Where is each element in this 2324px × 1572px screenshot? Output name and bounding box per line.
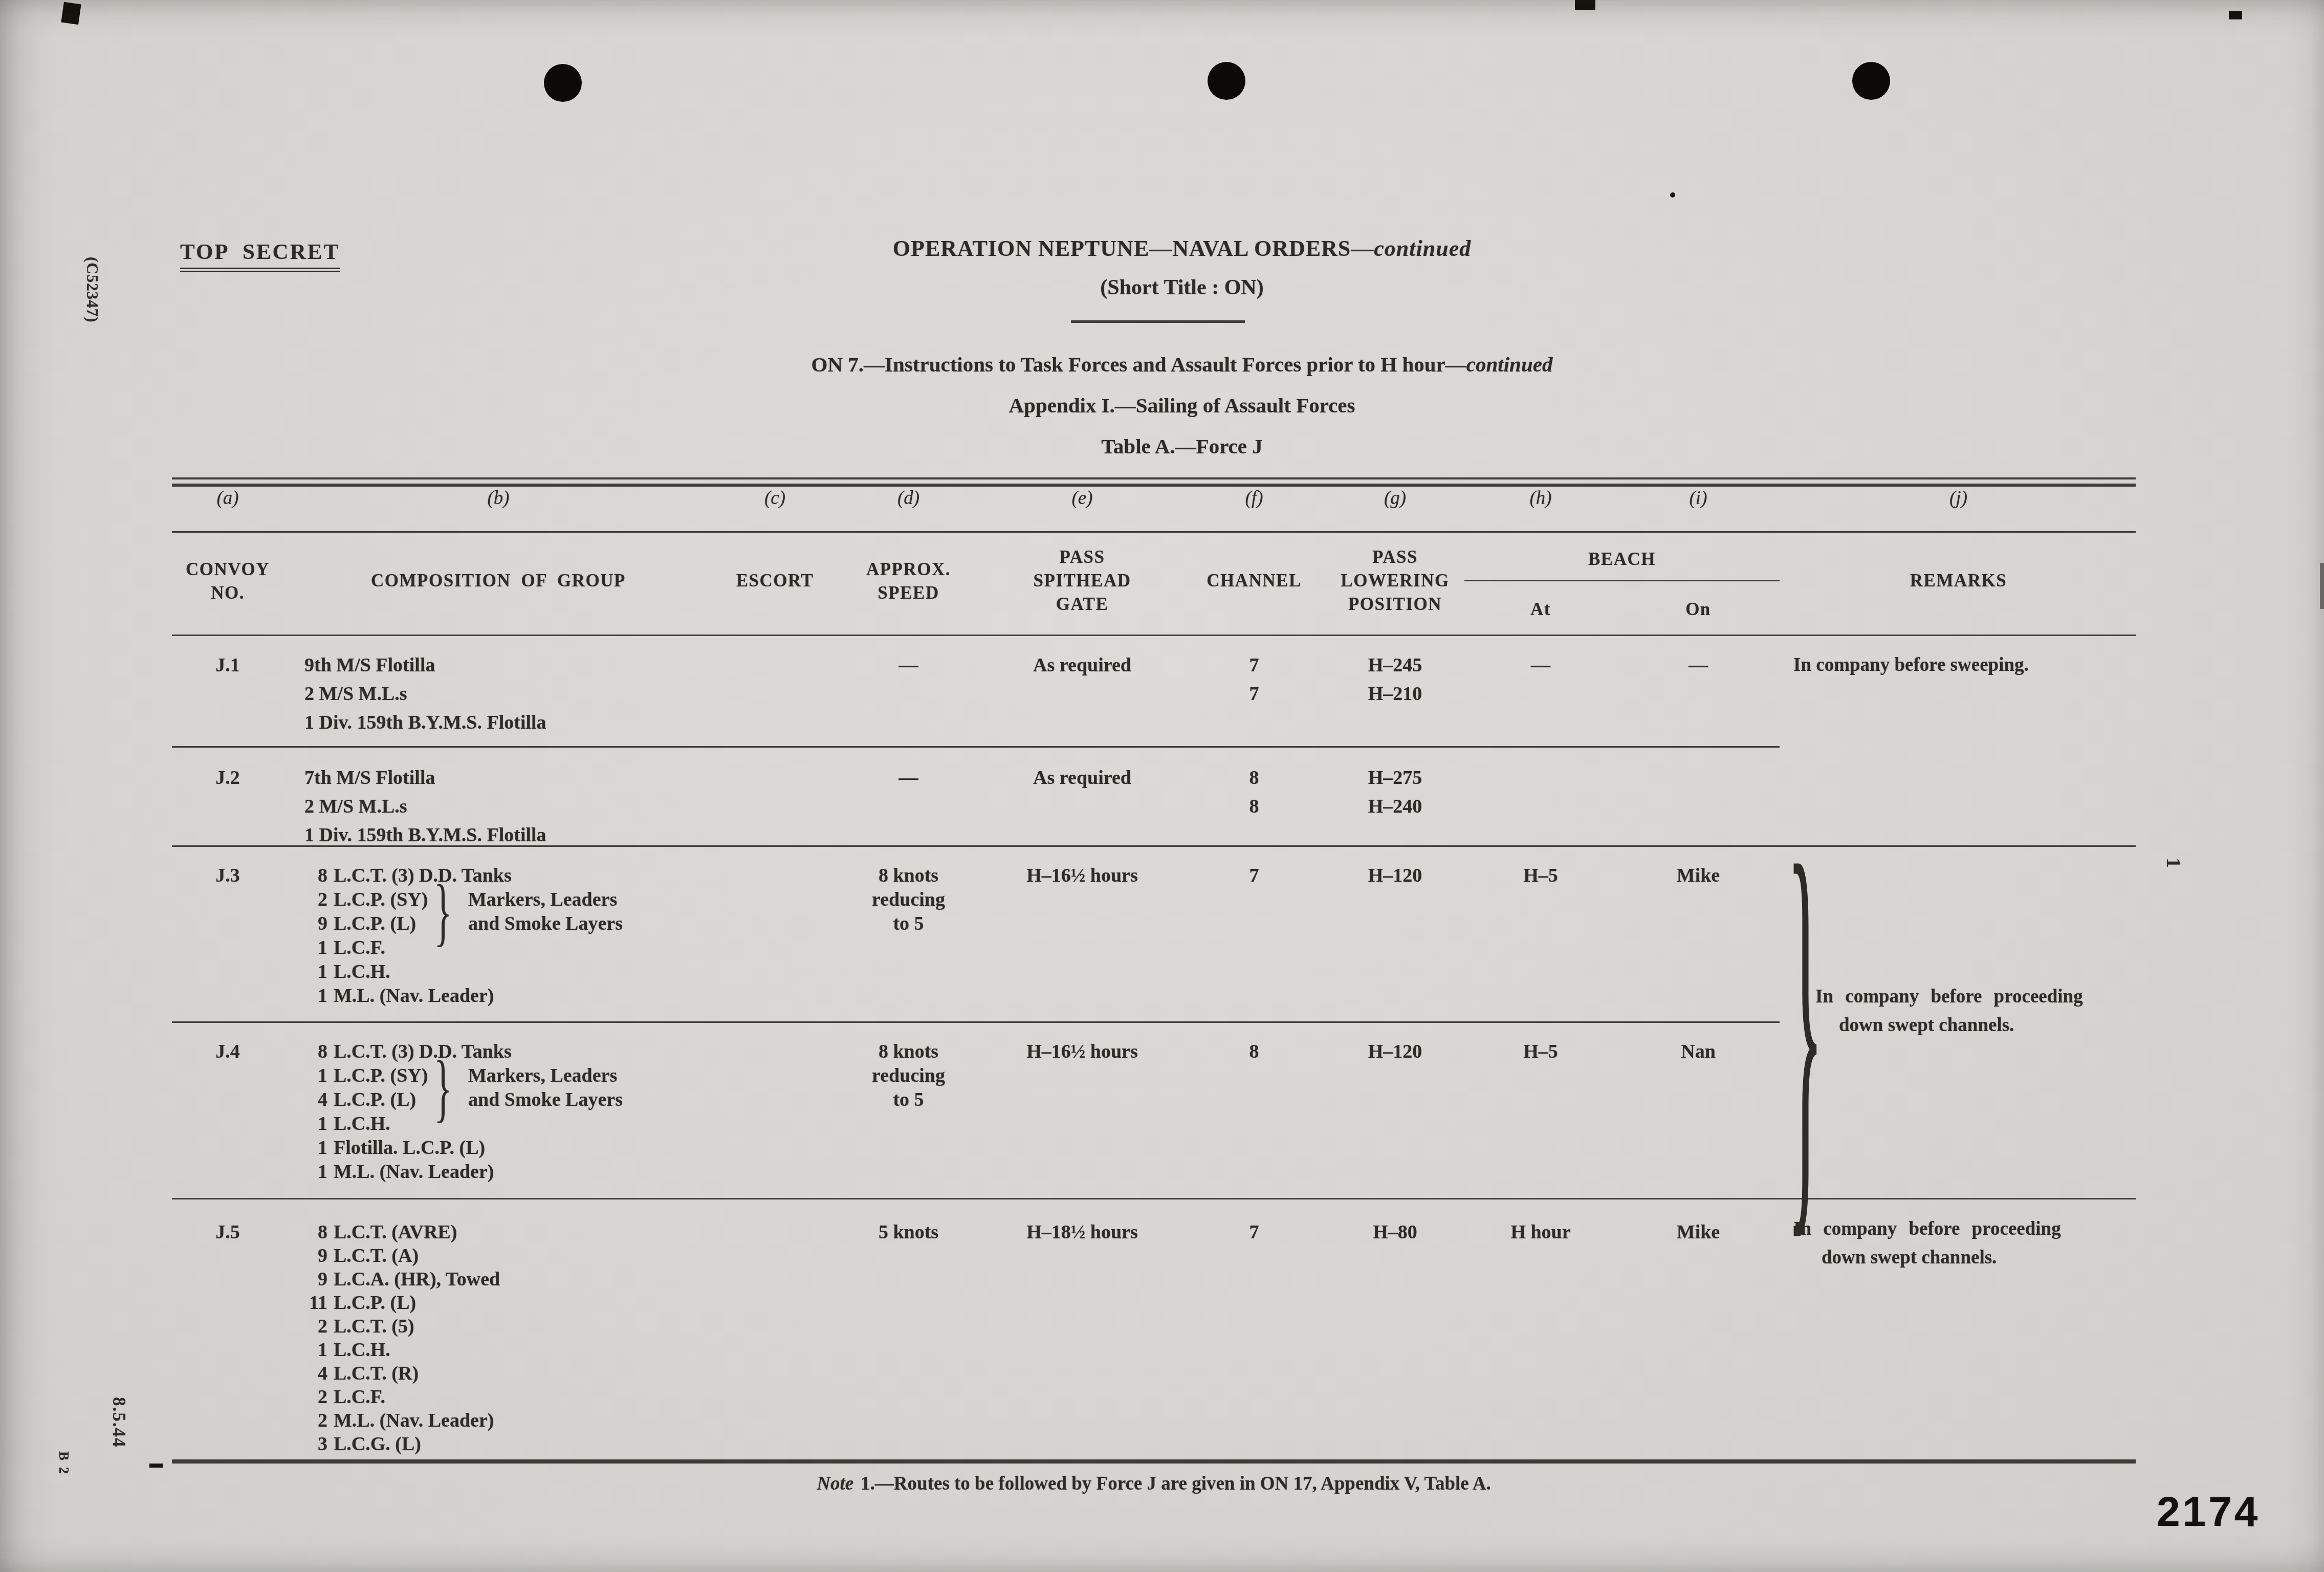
cell-j2-spithead: As required — [982, 763, 1182, 792]
table-top-rule-thick — [172, 484, 2136, 487]
composition-line: 11L.C.P. (L) — [302, 1291, 500, 1315]
ship-type: L.C.P. (SY) — [334, 889, 428, 910]
merged-remarks-brace-icon: } — [1787, 856, 1824, 1193]
brace-label-line: Markers, Leaders — [468, 888, 623, 912]
cell-j4-convoy: J.4 — [173, 1040, 282, 1064]
document-title-continued: continued — [1374, 236, 1471, 261]
header-bottom-rule — [172, 635, 2136, 636]
composition-line: 1M.L. (Nav. Leader) — [302, 1160, 512, 1184]
margin-side-page-number: 1 — [2162, 858, 2186, 868]
ship-count: 9 — [302, 1268, 327, 1291]
ship-type: M.L. (Nav. Leader) — [334, 985, 494, 1007]
lowering-line: H–275 — [1326, 763, 1464, 792]
cell-j2-composition: 7th M/S Flotilla2 M/S M.L.s1 Div. 159th … — [304, 763, 546, 849]
composition-line: 1Flotilla. L.C.P. (L) — [302, 1136, 512, 1160]
cell-j4-beach-on: Nan — [1617, 1040, 1780, 1064]
lowering-line: H–240 — [1326, 792, 1464, 821]
composition-line: 2L.C.F. — [302, 1385, 500, 1409]
hole-punch-icon — [1208, 62, 1245, 100]
header-speed-line1: APPROX. — [837, 558, 980, 581]
cell-j2-speed: — — [837, 763, 980, 792]
cell-j1-spithead: As required — [982, 651, 1182, 680]
cell-j3-beach-on: Mike — [1617, 864, 1780, 888]
scan-artifact — [61, 2, 81, 25]
ship-count: 8 — [302, 1220, 327, 1244]
cell-j1-beach-at: — — [1466, 651, 1615, 680]
composition-line: 2 M/S M.L.s — [304, 680, 546, 708]
ship-type: L.C.P. (L) — [334, 1089, 416, 1110]
cell-j5-spithead: H–18½ hours — [982, 1220, 1182, 1244]
composition-line: 8L.C.T. (3) D.D. Tanks — [302, 864, 512, 888]
ship-type: L.C.T. (3) D.D. Tanks — [334, 865, 512, 886]
composition-line: 1M.L. (Nav. Leader) — [302, 984, 512, 1008]
footnote-label: Note — [817, 1473, 853, 1494]
ship-count: 1 — [302, 1136, 327, 1160]
cell-j5-speed: 5 knots — [837, 1220, 980, 1244]
ship-type: L.C.T. (A) — [334, 1245, 419, 1267]
ship-count: 4 — [302, 1362, 327, 1385]
cell-j5-channel: 7 — [1184, 1220, 1324, 1244]
scanned-document-page: TOP SECRET OPERATION NEPTUNE—NAVAL ORDER… — [0, 0, 2324, 1572]
header-lowering-line2: LOWERING — [1326, 569, 1464, 593]
scan-artifact — [2320, 563, 2324, 609]
cell-j2-convoy: J.2 — [173, 763, 282, 792]
ship-type: M.L. (Nav. Leader) — [334, 1410, 494, 1431]
table-bottom-rule — [172, 1459, 2136, 1464]
speed-line: reducing — [837, 888, 980, 912]
row-separator-j4-j5 — [172, 1198, 2136, 1199]
cell-j3-beach-at: H–5 — [1466, 864, 1615, 888]
ship-count: 1 — [302, 936, 327, 960]
header-lowering-line1: PASS — [1326, 545, 1464, 569]
row-separator-j1-j2 — [172, 746, 1780, 748]
composition-line: 8L.C.T. (3) D.D. Tanks — [302, 1040, 512, 1064]
cell-j3-convoy: J.3 — [173, 864, 282, 888]
brace-label-line: and Smoke Layers — [468, 1088, 623, 1112]
composition-line: 9L.C.A. (HR), Towed — [302, 1268, 500, 1291]
cell-j1-composition: 9th M/S Flotilla2 M/S M.L.s1 Div. 159th … — [304, 651, 546, 737]
ship-type: L.C.A. (HR), Towed — [334, 1269, 500, 1290]
cell-j4-brace-label: Markers, Leadersand Smoke Layers — [468, 1064, 623, 1112]
ship-count: 1 — [302, 984, 327, 1008]
cell-j3-lowering: H–120 — [1326, 864, 1464, 888]
hole-punch-icon — [1852, 62, 1890, 100]
column-letter-rule — [172, 531, 2136, 533]
ship-type: L.C.P. (SY) — [334, 1065, 428, 1086]
footnote-text: 1.—Routes to be followed by Force J are … — [861, 1473, 1491, 1494]
cell-j1-beach-on: — — [1617, 651, 1780, 680]
cell-j5-convoy: J.5 — [173, 1220, 282, 1244]
ship-type: L.C.F. — [334, 937, 385, 958]
composition-line: 9th M/S Flotilla — [304, 651, 546, 680]
ship-type: L.C.P. (L) — [334, 1292, 416, 1314]
ship-count: 4 — [302, 1088, 327, 1112]
header-convoy-line2: NO. — [173, 581, 282, 605]
cell-j4-channel: 8 — [1184, 1040, 1324, 1064]
ship-type: L.C.T. (R) — [334, 1363, 419, 1384]
page-number-stamp: 2174 — [2157, 1488, 2260, 1536]
ship-type: L.C.F. — [334, 1386, 385, 1408]
column-letter-c: (c) — [715, 487, 835, 509]
cell-j5-remarks-line2: down swept channels. — [1822, 1247, 1997, 1269]
ship-count: 2 — [302, 1409, 327, 1432]
ship-type: L.C.T. (5) — [334, 1316, 414, 1337]
header-pass-spithead-gate: PASSSPITHEADGATE — [982, 545, 1182, 616]
header-convoy-no: CONVOYNO. — [173, 558, 282, 605]
ship-type: L.C.H. — [334, 1339, 390, 1361]
column-letter-g: (g) — [1326, 487, 1464, 509]
header-beach-on: On — [1617, 598, 1780, 621]
composition-line: 2M.L. (Nav. Leader) — [302, 1409, 500, 1432]
channel-line: 7 — [1184, 680, 1324, 708]
cell-j4-speed: 8 knotsreducingto 5 — [837, 1040, 980, 1112]
margin-date: 8.5.44 — [108, 1397, 129, 1448]
speed-line: 8 knots — [837, 1040, 980, 1064]
title-divider-rule — [1071, 320, 1245, 323]
composition-line: 2L.C.T. (5) — [302, 1315, 500, 1338]
header-lowering-line3: POSITION — [1326, 593, 1464, 616]
channel-line: 8 — [1184, 763, 1324, 792]
composition-line: 4L.C.T. (R) — [302, 1362, 500, 1385]
ship-count: 9 — [302, 1244, 327, 1268]
header-speed-line2: SPEED — [837, 581, 980, 605]
speed-line: to 5 — [837, 912, 980, 936]
table-top-rule-thin — [172, 477, 2136, 479]
composition-line: 1L.C.H. — [302, 960, 512, 984]
short-title: (Short Title : ON) — [215, 275, 2149, 300]
composition-line: 1L.C.H. — [302, 1112, 512, 1136]
cell-j1-convoy: J.1 — [173, 651, 282, 680]
cell-j3-brace-label: Markers, Leadersand Smoke Layers — [468, 888, 623, 936]
column-letter-d: (d) — [837, 487, 980, 509]
lowering-line: H–210 — [1326, 680, 1464, 708]
cell-j3-j4-remarks-line1: In company before proceeding — [1815, 986, 2083, 1008]
margin-print-code: (C52347) — [83, 257, 101, 323]
cell-j5-remarks-line1: In company before proceeding — [1793, 1218, 2061, 1240]
cell-j1-channel: 77 — [1184, 651, 1324, 708]
appendix-heading: Appendix I.—Sailing of Assault Forces — [215, 393, 2149, 418]
column-letter-j: (j) — [1781, 487, 2136, 509]
lowering-line: H–245 — [1326, 651, 1464, 680]
composition-line: 7th M/S Flotilla — [304, 763, 546, 792]
hole-punch-icon — [544, 64, 582, 102]
cell-j5-composition: 8L.C.T. (AVRE) 9L.C.T. (A) 9L.C.A. (HR),… — [302, 1220, 500, 1456]
header-convoy-line1: CONVOY — [173, 558, 282, 581]
header-escort: ESCORT — [715, 569, 835, 593]
column-letter-b: (b) — [283, 487, 713, 509]
header-spithead-line1: PASS — [982, 545, 1182, 569]
cell-j5-beach-at: H hour — [1466, 1220, 1615, 1244]
ship-count: 2 — [302, 888, 327, 912]
row-separator-j3-j4 — [172, 1021, 1780, 1023]
ship-count: 2 — [302, 1385, 327, 1409]
ship-count: 8 — [302, 864, 327, 888]
ship-count: 3 — [302, 1432, 327, 1456]
composition-line: 1 Div. 159th B.Y.M.S. Flotilla — [304, 708, 546, 737]
header-beach-at: At — [1466, 598, 1615, 621]
cell-j4-lowering: H–120 — [1326, 1040, 1464, 1064]
beach-subheader-rule — [1464, 580, 1780, 581]
ship-type: L.C.H. — [334, 1113, 390, 1134]
header-channel: CHANNEL — [1184, 569, 1324, 593]
cell-j4-composition: 8L.C.T. (3) D.D. Tanks 1L.C.P. (SY) 4L.C… — [302, 1040, 512, 1184]
cell-j5-lowering: H–80 — [1326, 1220, 1464, 1244]
composition-line: 1 Div. 159th B.Y.M.S. Flotilla — [304, 821, 546, 849]
ship-type: Flotilla. L.C.P. (L) — [334, 1137, 485, 1159]
composition-line: 9L.C.T. (A) — [302, 1244, 500, 1268]
group-brace-icon: } — [434, 1060, 452, 1116]
scan-artifact — [2229, 11, 2242, 19]
speed-line: 8 knots — [837, 864, 980, 888]
header-composition: COMPOSITION OF GROUP — [283, 569, 713, 593]
document-title: OPERATION NEPTUNE—NAVAL ORDERS—continued — [215, 235, 2149, 261]
cell-j4-beach-at: H–5 — [1466, 1040, 1615, 1064]
ship-count: 8 — [302, 1040, 327, 1064]
cell-j1-speed: — — [837, 651, 980, 680]
ship-count: 1 — [302, 960, 327, 984]
column-letter-h: (h) — [1466, 487, 1615, 509]
cell-j3-speed: 8 knotsreducingto 5 — [837, 864, 980, 936]
ship-type: L.C.P. (L) — [334, 913, 416, 934]
section-heading: ON 7.—Instructions to Task Forces and As… — [215, 352, 2149, 377]
cell-j1-lowering: H–245H–210 — [1326, 651, 1464, 708]
cell-j3-spithead: H–16½ hours — [982, 864, 1182, 888]
ship-type: L.C.T. (AVRE) — [334, 1221, 457, 1243]
header-spithead-line3: GATE — [982, 593, 1182, 616]
cell-j5-beach-on: Mike — [1617, 1220, 1780, 1244]
document-title-text: OPERATION NEPTUNE—NAVAL ORDERS— — [893, 236, 1374, 261]
composition-line: 1L.C.F. — [302, 936, 512, 960]
ship-count: 1 — [302, 1160, 327, 1184]
ship-count: 1 — [302, 1064, 327, 1088]
header-beach: BEACH — [1466, 548, 1778, 571]
cell-j2-lowering: H–275H–240 — [1326, 763, 1464, 821]
header-pass-lowering-position: PASSLOWERINGPOSITION — [1326, 545, 1464, 616]
cell-j3-j4-remarks-line2: down swept channels. — [1839, 1014, 2014, 1036]
header-approx-speed: APPROX.SPEED — [837, 558, 980, 605]
header-remarks: REMARKS — [1781, 569, 2136, 593]
speed-line: reducing — [837, 1064, 980, 1088]
header-spithead-line2: SPITHEAD — [982, 569, 1182, 593]
channel-line: 8 — [1184, 792, 1324, 821]
margin-batch-code: B 2 — [56, 1451, 72, 1475]
cell-j2-channel: 88 — [1184, 763, 1324, 821]
ship-count: 11 — [302, 1291, 327, 1315]
ship-type: L.C.G. (L) — [334, 1433, 421, 1455]
composition-line: 3L.C.G. (L) — [302, 1432, 500, 1456]
ship-count: 2 — [302, 1315, 327, 1338]
composition-line: 1L.C.H. — [302, 1338, 500, 1362]
ship-count: 9 — [302, 912, 327, 936]
cell-j1-remarks: In company before sweeping. — [1793, 651, 2029, 680]
ship-type: L.C.H. — [334, 961, 390, 982]
column-letter-i: (i) — [1617, 487, 1780, 509]
cell-j4-spithead: H–16½ hours — [982, 1040, 1182, 1064]
brace-label-line: Markers, Leaders — [468, 1064, 623, 1088]
cell-j3-composition: 8L.C.T. (3) D.D. Tanks 2L.C.P. (SY) 9L.C… — [302, 864, 512, 1008]
brace-label-line: and Smoke Layers — [468, 912, 623, 936]
scan-artifact — [1670, 192, 1675, 198]
ship-type: L.C.T. (3) D.D. Tanks — [334, 1041, 512, 1062]
footnote: Note1.—Routes to be followed by Force J … — [172, 1473, 2136, 1495]
scan-artifact — [149, 1464, 163, 1468]
cell-j3-channel: 7 — [1184, 864, 1324, 888]
scan-artifact — [1575, 0, 1595, 10]
speed-line: to 5 — [837, 1088, 980, 1112]
section-heading-text: ON 7.—Instructions to Task Forces and As… — [812, 353, 1466, 376]
group-brace-icon: } — [434, 884, 452, 940]
column-letter-a: (a) — [173, 487, 282, 509]
column-letter-f: (f) — [1184, 487, 1324, 509]
table-title: Table A.—Force J — [215, 434, 2149, 458]
ship-type: M.L. (Nav. Leader) — [334, 1161, 494, 1183]
section-heading-continued: continued — [1466, 353, 1553, 376]
ship-count: 1 — [302, 1112, 327, 1136]
channel-line: 7 — [1184, 651, 1324, 680]
column-letter-e: (e) — [982, 487, 1182, 509]
ship-count: 1 — [302, 1338, 327, 1362]
composition-line: 2 M/S M.L.s — [304, 792, 546, 821]
composition-line: 8L.C.T. (AVRE) — [302, 1220, 500, 1244]
